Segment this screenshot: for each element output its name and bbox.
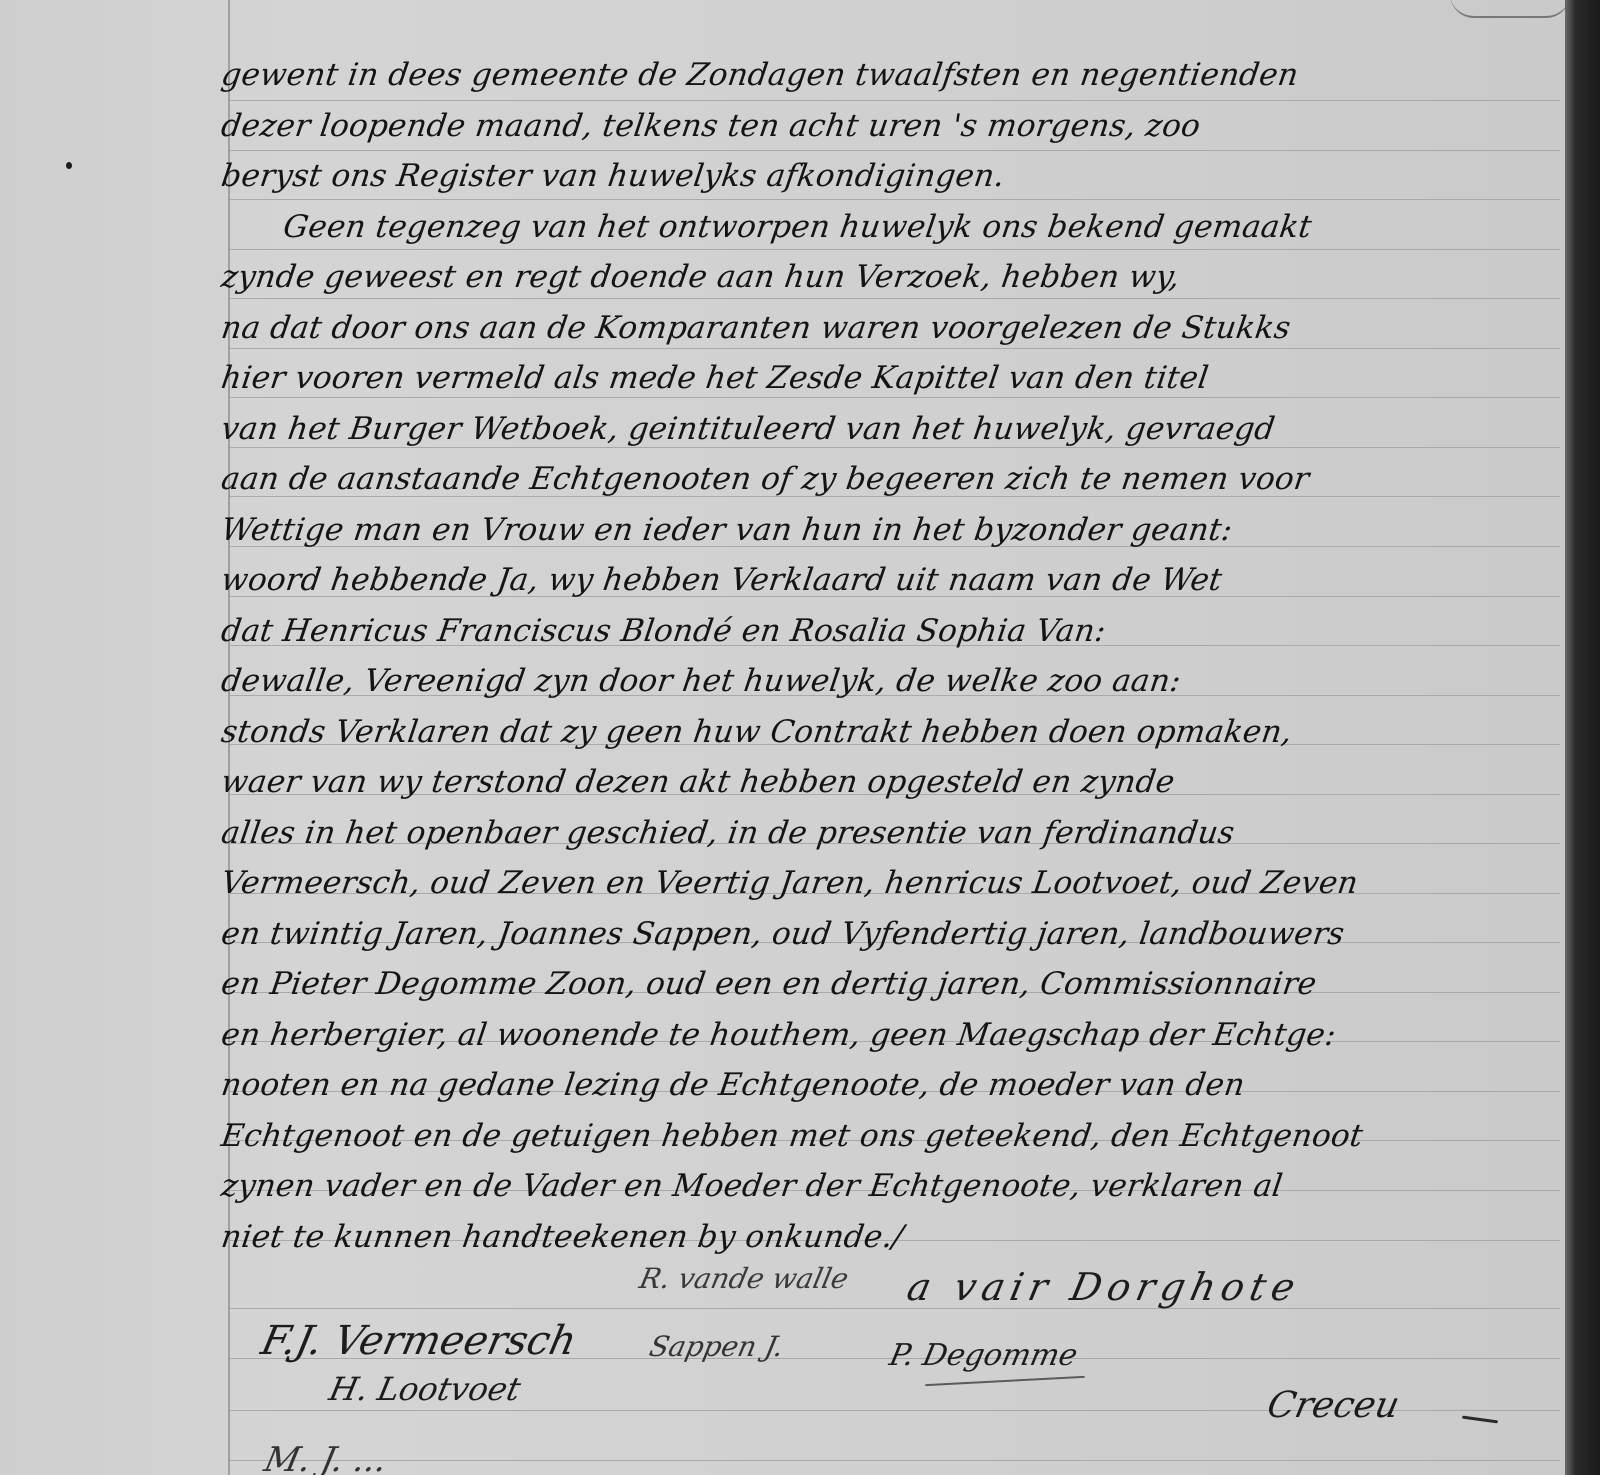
text-line: zynen vader en de Vader en Moeder der Ec… bbox=[218, 1161, 1555, 1212]
page-corner-curl bbox=[1450, 0, 1570, 18]
text-line: waer van wy terstond dezen akt hebben op… bbox=[218, 757, 1555, 808]
text-line: dezer loopende maand, telkens ten acht u… bbox=[218, 101, 1555, 152]
text-line: aan de aanstaande Echtgenooten of zy beg… bbox=[218, 454, 1555, 505]
text-line-names: dat Henricus Franciscus Blondé en Rosali… bbox=[218, 606, 1555, 657]
text-line: en Pieter Degomme Zoon, oud een en derti… bbox=[218, 959, 1555, 1010]
handwritten-record-text: gewent in dees gemeente de Zondagen twaa… bbox=[218, 50, 1548, 1262]
text-line: Vermeersch, oud Zeven en Veertig Jaren, … bbox=[218, 858, 1555, 909]
text-line: beryst ons Register van huwelyks afkondi… bbox=[218, 151, 1555, 202]
text-line: en twintig Jaren, Joannes Sappen, oud Vy… bbox=[218, 909, 1555, 960]
text-line: nooten en na gedane lezing de Echtgenoot… bbox=[218, 1060, 1555, 1111]
text-line: Wettige man en Vrouw en ieder van hun in… bbox=[218, 505, 1555, 556]
text-line: na dat door ons aan de Komparanten waren… bbox=[218, 303, 1555, 354]
text-line: gewent in dees gemeente de Zondagen twaa… bbox=[218, 50, 1555, 101]
text-line: hier vooren vermeld als mede het Zesde K… bbox=[218, 353, 1555, 404]
text-line: en herbergier, al woonende te houthem, g… bbox=[218, 1010, 1555, 1061]
text-line: van het Burger Wetboek, geintituleerd va… bbox=[218, 404, 1555, 455]
text-line: Geen tegenzeg van het ontworpen huwelyk … bbox=[218, 202, 1555, 253]
text-line-names: dewalle, Vereenigd zyn door het huwelyk,… bbox=[218, 656, 1555, 707]
text-line: alles in het openbaer geschied, in de pr… bbox=[218, 808, 1555, 859]
ruled-line bbox=[230, 1358, 1560, 1359]
text-line: woord hebbende Ja, wy hebben Verklaard u… bbox=[218, 555, 1555, 606]
text-line: niet te kunnen handteekenen by onkunde./ bbox=[218, 1212, 1555, 1263]
text-line: Echtgenoot en de getuigen hebben met ons… bbox=[218, 1111, 1555, 1162]
ruled-line bbox=[230, 1308, 1560, 1309]
text-line: zynde geweest en regt doende aan hun Ver… bbox=[218, 252, 1555, 303]
ink-spot bbox=[66, 162, 72, 169]
ruled-line bbox=[230, 1410, 1560, 1411]
text-line: stonds Verklaren dat zy geen huw Contrak… bbox=[218, 707, 1555, 758]
ruled-line bbox=[230, 1460, 1560, 1461]
book-binding-edge bbox=[1565, 0, 1600, 1475]
